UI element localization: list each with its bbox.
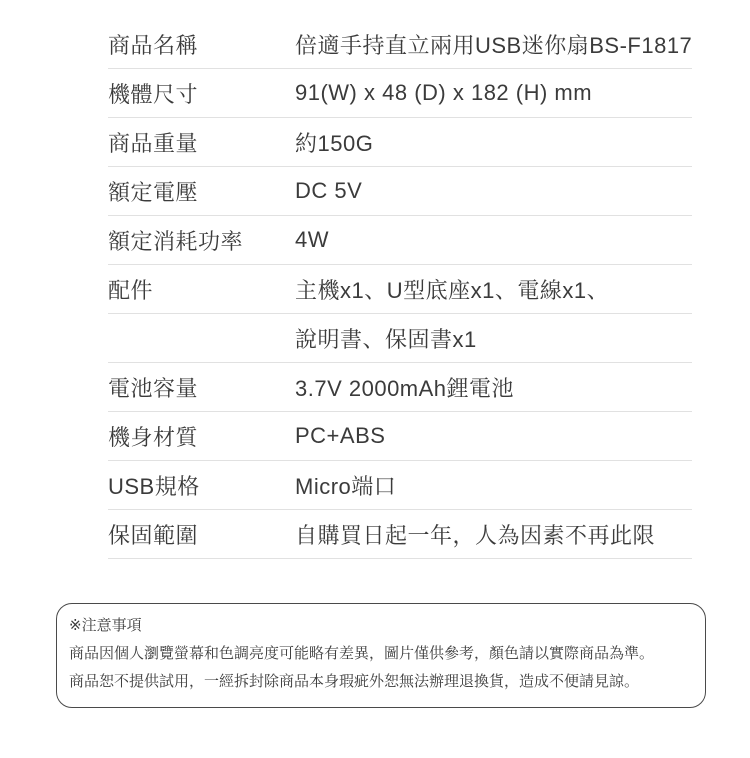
spec-row-battery: 電池容量 3.7V 2000mAh鋰電池 xyxy=(108,363,692,412)
spec-row-accessories-line2: 說明書、保固書x1 xyxy=(108,314,692,363)
spec-label: USB規格 xyxy=(108,470,295,501)
spec-value: 3.7V 2000mAh鋰電池 xyxy=(295,372,692,403)
spec-label: 機身材質 xyxy=(108,421,295,452)
spec-label: 額定電壓 xyxy=(108,176,295,207)
spec-label: 商品重量 xyxy=(108,127,295,158)
notice-line-1: 商品因個人瀏覽螢幕和色調亮度可能略有差異，圖片僅供參考，顏色請以實際商品為準。 xyxy=(69,640,695,668)
spec-row-product-name: 商品名稱 倍適手持直立兩用USB迷你扇BS-F1817 xyxy=(108,20,692,69)
spec-row-usb-spec: USB規格 Micro端口 xyxy=(108,461,692,510)
spec-value: 自購買日起一年，人為因素不再此限 xyxy=(295,519,692,550)
spec-label: 保固範圍 xyxy=(108,519,295,550)
spec-label: 額定消耗功率 xyxy=(108,225,295,256)
spec-value: 說明書、保固書x1 xyxy=(295,323,692,354)
spec-value: DC 5V xyxy=(295,178,692,204)
spec-row-accessories-line1: 配件 主機x1、U型底座x1、電線x1、 xyxy=(108,265,692,314)
spec-row-weight: 商品重量 約150G xyxy=(108,118,692,167)
spec-label: 配件 xyxy=(108,274,295,305)
spec-value: 約150G xyxy=(295,127,692,158)
spec-value: Micro端口 xyxy=(295,470,692,501)
spec-row-warranty: 保固範圍 自購買日起一年，人為因素不再此限 xyxy=(108,510,692,559)
product-spec-page: 商品名稱 倍適手持直立兩用USB迷你扇BS-F1817 機體尺寸 91(W) x… xyxy=(0,0,750,758)
spec-label: 商品名稱 xyxy=(108,29,295,60)
spec-row-material: 機身材質 PC+ABS xyxy=(108,412,692,461)
spec-label: 機體尺寸 xyxy=(108,78,295,109)
spec-row-rated-voltage: 額定電壓 DC 5V xyxy=(108,167,692,216)
spec-table: 商品名稱 倍適手持直立兩用USB迷你扇BS-F1817 機體尺寸 91(W) x… xyxy=(108,20,692,559)
spec-value: 91(W) x 48 (D) x 182 (H) mm xyxy=(295,80,692,106)
spec-label: 電池容量 xyxy=(108,372,295,403)
spec-value: 4W xyxy=(295,227,692,253)
spec-row-rated-power: 額定消耗功率 4W xyxy=(108,216,692,265)
spec-row-dimensions: 機體尺寸 91(W) x 48 (D) x 182 (H) mm xyxy=(108,69,692,118)
notice-line-2: 商品恕不提供試用，一經拆封除商品本身瑕疵外恕無法辦理退換貨，造成不便請見諒。 xyxy=(69,668,695,696)
spec-value: 倍適手持直立兩用USB迷你扇BS-F1817 xyxy=(295,29,692,60)
spec-value: PC+ABS xyxy=(295,423,692,449)
notice-box: ※注意事項 商品因個人瀏覽螢幕和色調亮度可能略有差異，圖片僅供參考，顏色請以實際… xyxy=(56,603,706,708)
notice-title: ※注意事項 xyxy=(69,612,695,640)
spec-value: 主機x1、U型底座x1、電線x1、 xyxy=(295,274,692,305)
